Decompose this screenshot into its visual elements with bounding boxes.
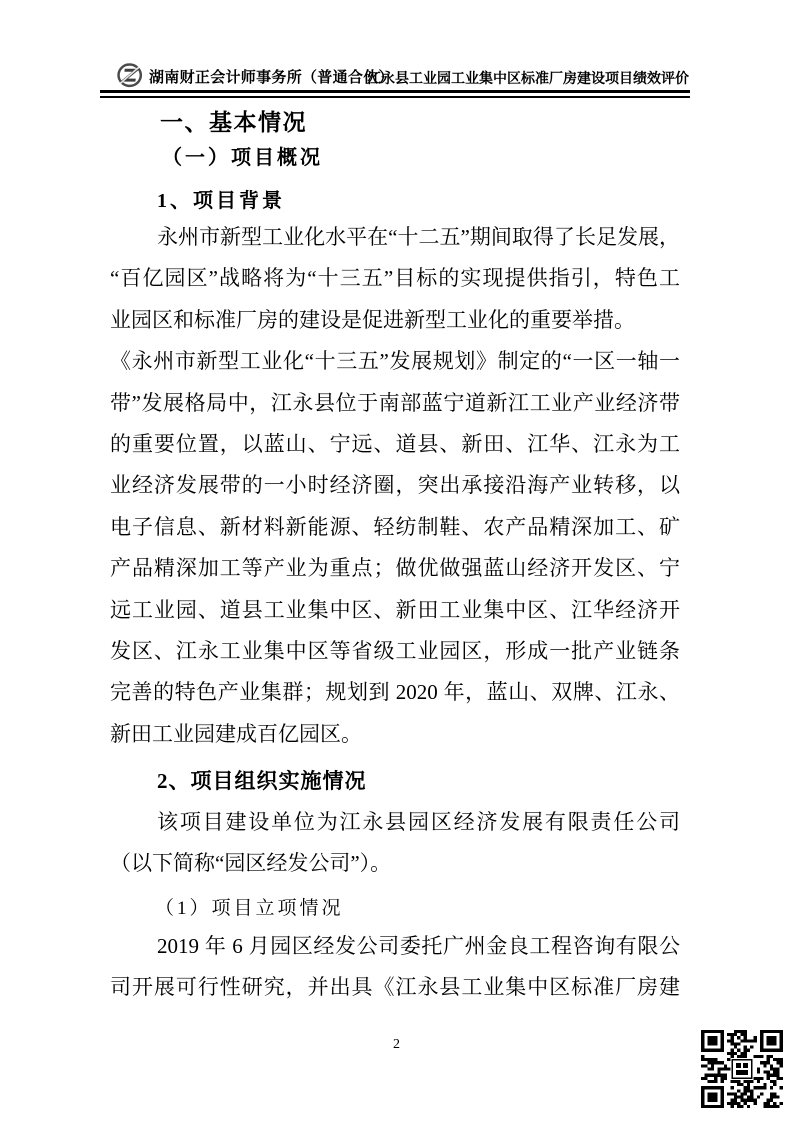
paragraph-line: “百亿园区”战略将为“十三五”目标的实现提供指引，特色工 (110, 258, 680, 299)
paragraph-line: 产品精深加工等产业为重点；做优做强蓝山经济开发区、宁 (110, 548, 680, 589)
paragraph-line: 远工业园、道县工业集中区、新田工业集中区、江华经济开 (110, 590, 680, 631)
qr-code-icon (701, 1030, 783, 1108)
paragraph-project-background: 永州市新型工业化水平在“十二五”期间取得了长足发展， “百亿园区”战略将为“十三… (110, 217, 680, 755)
paragraph-line: 新田工业园建成百亿园区。 (110, 714, 680, 755)
paragraph-line: （以下简称“园区经发公司”）。 (110, 843, 680, 884)
paragraph-line: 的重要位置，以蓝山、宁远、道县、新田、江华、江永为工 (110, 424, 680, 465)
paragraph-line: 业经济发展带的一小时经济圈，突出承接沿海产业转移，以 (110, 465, 680, 506)
heading-project-approval: （1）项目立项情况 (155, 893, 344, 920)
header-doc-title: 江永县工业园工业集中区标准厂房建设项目绩效评价 (367, 68, 689, 88)
paragraph-line: 带”发展格局中，江永县位于南部蓝宁道新江工业产业经济带 (110, 383, 680, 424)
header-org-name: 湖南财正会计师事务所（普通合伙） (149, 66, 394, 87)
page-number: 2 (0, 1037, 793, 1053)
paragraph-line: 《永州市新型工业化“十三五”发展规划》制定的“一区一轴一 (110, 341, 680, 382)
paragraph-line: 该项目建设单位为江永县园区经济发展有限责任公司 (110, 802, 680, 843)
paragraph-line: 发区、江永工业集中区等省级工业园区，形成一批产业链条 (110, 631, 680, 672)
section-title: 一、基本情况 (160, 104, 307, 137)
document-page: 湖南财正会计师事务所（普通合伙） 江永县工业园工业集中区标准厂房建设项目绩效评价… (0, 0, 793, 1122)
heading-project-organization: 2、项目组织实施情况 (157, 765, 367, 795)
paragraph-line: 完善的特色产业集群；规划到 2020 年，蓝山、双牌、江永、 (110, 672, 680, 713)
company-logo-icon (114, 61, 147, 91)
paragraph-line: 电子信息、新材料新能源、轻纺制鞋、农产品精深加工、矿 (110, 507, 680, 548)
paragraph-line: 2019 年 6 月园区经发公司委托广州金良工程咨询有限公 (110, 926, 680, 967)
paragraph-line: 永州市新型工业化水平在“十二五”期间取得了长足发展， (110, 217, 680, 258)
header-rule-thin (100, 96, 690, 98)
heading-project-background: 1、项目背景 (157, 184, 285, 213)
paragraph-line: 司开展可行性研究，并出具《江永县工业集中区标准厂房建 (110, 967, 680, 1008)
paragraph-project-organization: 该项目建设单位为江永县园区经济发展有限责任公司 （以下简称“园区经发公司”）。 (110, 802, 680, 885)
header-rule-thick (100, 90, 690, 93)
paragraph-project-approval: 2019 年 6 月园区经发公司委托广州金良工程咨询有限公 司开展可行性研究，并… (110, 926, 680, 1009)
paragraph-line: 业园区和标准厂房的建设是促进新型工业化的重要举措。 (110, 300, 680, 341)
subsection-title: （一）项目概况 (162, 141, 323, 170)
